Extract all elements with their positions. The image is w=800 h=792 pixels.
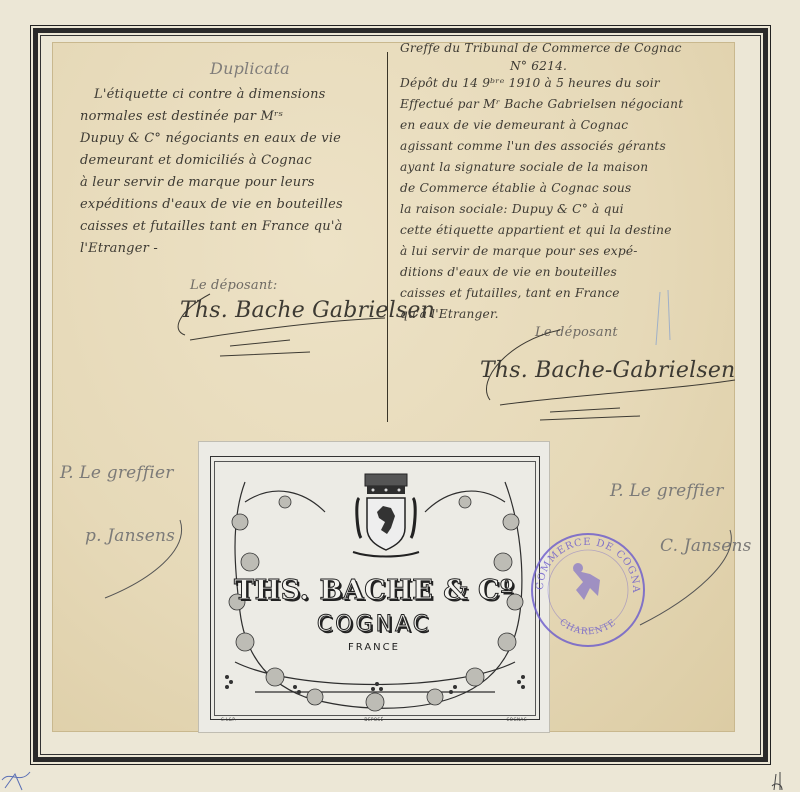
coat-of-arms-icon xyxy=(351,472,421,562)
left-line: caisses et futailles tant en France qu'à xyxy=(80,216,380,238)
label-depose-mark: DEPOSÉ xyxy=(199,717,549,722)
left-handwritten-block: Duplicata L'étiquette ci contre à dimens… xyxy=(80,58,380,260)
right-handwritten-block: Greffe du Tribunal de Commerce de Cognac… xyxy=(400,38,730,325)
right-signature-flourish xyxy=(470,320,740,430)
greffier-label-right: P. Le greffier xyxy=(610,480,724,502)
svg-text:CHARENTE: CHARENTE xyxy=(557,617,618,637)
greffier-flourish-left xyxy=(80,510,190,600)
stamp-text-bottom: CHARENTE xyxy=(557,617,618,637)
left-line: L'étiquette ci contre à dimensions xyxy=(80,84,380,106)
pencil-mark xyxy=(650,290,680,350)
blue-ink-scribble xyxy=(0,760,40,792)
label-product-name: COGNAC xyxy=(199,612,549,637)
right-line: Effectué par Mʳ Bache Gabrielsen négocia… xyxy=(400,94,730,115)
cognac-label: THS. BACHE & Cº COGNAC FRANCE C.L&P. DEP… xyxy=(198,441,550,733)
duplicata-title: Duplicata xyxy=(80,58,380,80)
right-line: caisses et futailles, tant en France xyxy=(400,283,730,304)
greffier-label-left: P. Le greffier xyxy=(60,462,174,484)
right-line: Greffe du Tribunal de Commerce de Cognac xyxy=(400,38,730,59)
deposit-number: N° 6214. xyxy=(400,59,730,73)
right-line: la raison sociale: Dupuy & C° à qui xyxy=(400,199,730,220)
right-line: Dépôt du 14 9ᵇʳᵉ 1910 à 5 heures du soir xyxy=(400,73,730,94)
right-line: de Commerce établie à Cognac sous xyxy=(400,178,730,199)
left-line: demeurant et domiciliés à Cognac xyxy=(80,150,380,172)
corner-pencil-mark xyxy=(768,772,788,792)
right-line: à lui servir de marque pour ses expé- xyxy=(400,241,730,262)
label-brand-name: THS. BACHE & Cº xyxy=(199,575,549,606)
right-line: en eaux de vie demeurant à Cognac xyxy=(400,115,730,136)
tribunal-stamp-icon: COMMERCE DE COGNAC CHARENTE xyxy=(528,530,648,650)
right-line: agissant comme l'un des associés gérants xyxy=(400,136,730,157)
column-divider xyxy=(387,52,388,422)
label-country: FRANCE xyxy=(199,642,549,653)
left-line: Dupuy & C° négociants en eaux de vie xyxy=(80,128,380,150)
right-line: ditions d'eaux de vie en bouteilles xyxy=(400,262,730,283)
right-line: cette étiquette appartient et qui la des… xyxy=(400,220,730,241)
left-line: normales est destinée par Mʳˢ xyxy=(80,106,380,128)
left-line: à leur servir de marque pour leurs xyxy=(80,172,380,194)
left-line: l'Etranger - xyxy=(80,238,380,260)
left-line: expéditions d'eaux de vie en bouteilles xyxy=(80,194,380,216)
label-footer-right: COGNAC xyxy=(507,717,528,722)
left-signature-flourish xyxy=(170,290,390,360)
right-line: ayant la signature sociale de la maison xyxy=(400,157,730,178)
